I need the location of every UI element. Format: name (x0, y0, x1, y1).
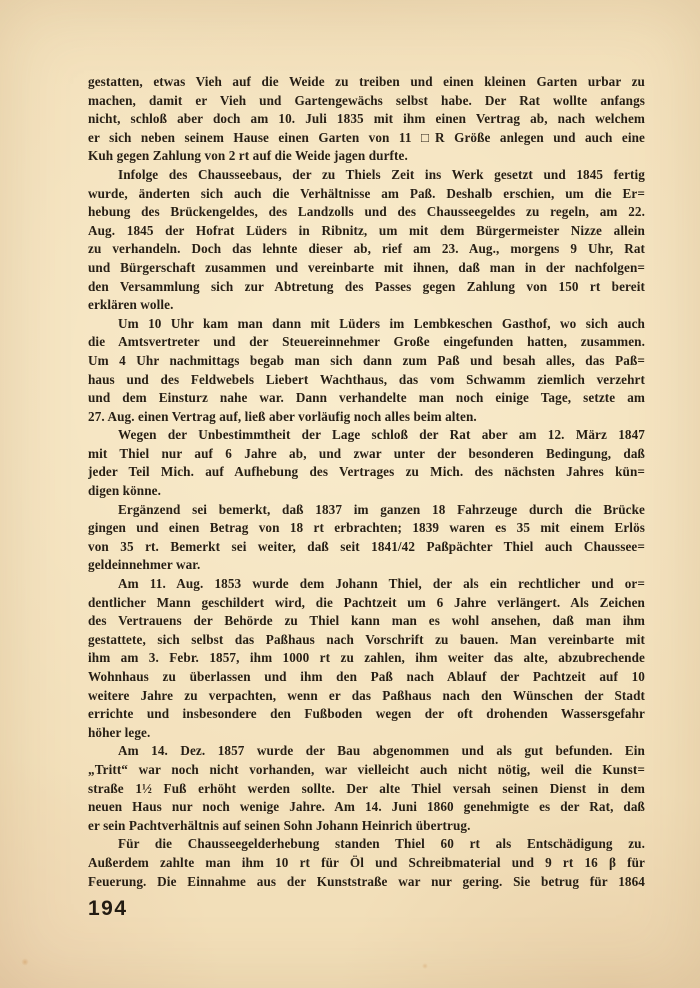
text-line: mit Thiel nur auf 6 Jahre ab, und zwar u… (88, 445, 645, 464)
paragraph: Wegen der Unbestimmtheit der Lage schloß… (88, 426, 645, 500)
text-line: Wegen der Unbestimmtheit der Lage schloß… (88, 426, 645, 445)
text-line: weitere Jahre zu verpachten, wenn er das… (88, 687, 645, 706)
text-line: er sein Pachtverhältnis auf seinen Sohn … (88, 817, 645, 836)
text-line: Am 14. Dez. 1857 wurde der Bau abgenomme… (88, 742, 645, 761)
paragraph: Um 10 Uhr kam man dann mit Lüders im Lem… (88, 315, 645, 427)
text-line: Aug. 1845 der Hofrat Lüders in Ribnitz, … (88, 222, 645, 241)
text-line: zu verhandeln. Doch das lehnte dieser ab… (88, 240, 645, 259)
text-line: den Versammlung sich zur Abtretung des P… (88, 278, 645, 297)
text-line: errichte und insbesondere den Fußboden w… (88, 705, 645, 724)
book-page: gestatten, etwas Vieh auf die Weide zu t… (0, 0, 700, 988)
text-line: und Bürgerschaft zusammen und vereinbart… (88, 259, 645, 278)
text-line: „Tritt“ war noch nicht vorhanden, war vi… (88, 761, 645, 780)
text-line: digen könne. (88, 482, 645, 501)
paragraph: Infolge des Chausseebaus, der zu Thiels … (88, 166, 645, 315)
text-line: geldeinnehmer war. (88, 556, 645, 575)
text-line: neuen Haus nur noch wenige Jahre. Am 14.… (88, 798, 645, 817)
text-line: höher lege. (88, 724, 645, 743)
text-line: haus und des Feldwebels Liebert Wachthau… (88, 371, 645, 390)
text-line: gestattete, sich selbst das Paßhaus nach… (88, 631, 645, 650)
text-line: Für die Chausseegelderhebung standen Thi… (88, 835, 645, 854)
page-number: 194 (88, 896, 128, 922)
text-line: Außerdem zahlte man ihm 10 rt für Öl und… (88, 854, 645, 873)
paragraph: Ergänzend sei bemerkt, daß 1837 im ganze… (88, 501, 645, 575)
text-line: gingen und einen Betrag von 18 rt erbrac… (88, 519, 645, 538)
text-line: Kuh gegen Zahlung von 2 rt auf die Weide… (88, 147, 645, 166)
text-line: und dem Einsturz nahe war. Dann verhande… (88, 389, 645, 408)
text-line: er sich neben seinem Hause einen Garten … (88, 129, 645, 148)
text-line: ihm am 3. Febr. 1857, ihm 1000 rt zu zah… (88, 649, 645, 668)
text-line: machen, damit er Vieh und Gartengewächs … (88, 92, 645, 111)
text-line: hebung des Brückengeldes, des Landzolls … (88, 203, 645, 222)
text-line: wurde, änderten sich auch die Verhältnis… (88, 185, 645, 204)
paragraph: Am 11. Aug. 1853 wurde dem Johann Thiel,… (88, 575, 645, 742)
text-line: von 35 rt. Bemerkt sei weiter, daß seit … (88, 538, 645, 557)
paragraph: gestatten, etwas Vieh auf die Weide zu t… (88, 73, 645, 166)
text-line: des Vertrauens der Behörde zu Thiel kann… (88, 612, 645, 631)
text-line: Wohnhaus zu überlassen und ihm den Paß n… (88, 668, 645, 687)
paragraph: Am 14. Dez. 1857 wurde der Bau abgenomme… (88, 742, 645, 835)
text-line: Am 11. Aug. 1853 wurde dem Johann Thiel,… (88, 575, 645, 594)
text-line: Ergänzend sei bemerkt, daß 1837 im ganze… (88, 501, 645, 520)
text-line: Um 10 Uhr kam man dann mit Lüders im Lem… (88, 315, 645, 334)
text-line: erklären wolle. (88, 296, 645, 315)
text-line: Um 4 Uhr nachmittags begab man sich dann… (88, 352, 645, 371)
text-block: gestatten, etwas Vieh auf die Weide zu t… (88, 73, 645, 891)
text-line: dentlicher Mann geschildert wird, die Pa… (88, 594, 645, 613)
paragraph: Für die Chausseegelderhebung standen Thi… (88, 835, 645, 891)
text-line: die Amtsvertreter und der Steuereinnehme… (88, 333, 645, 352)
text-line: gestatten, etwas Vieh auf die Weide zu t… (88, 73, 645, 92)
text-line: Infolge des Chausseebaus, der zu Thiels … (88, 166, 645, 185)
text-line: nicht, schloß aber doch am 10. Juli 1835… (88, 110, 645, 129)
text-line: Feuerung. Die Einnahme aus der Kunststra… (88, 873, 645, 892)
text-line: straße 1½ Fuß erhöht werden sollte. Der … (88, 780, 645, 799)
text-line: jeder Teil Mich. auf Aufhebung des Vertr… (88, 463, 645, 482)
text-line: 27. Aug. einen Vertrag auf, ließ aber vo… (88, 408, 645, 427)
